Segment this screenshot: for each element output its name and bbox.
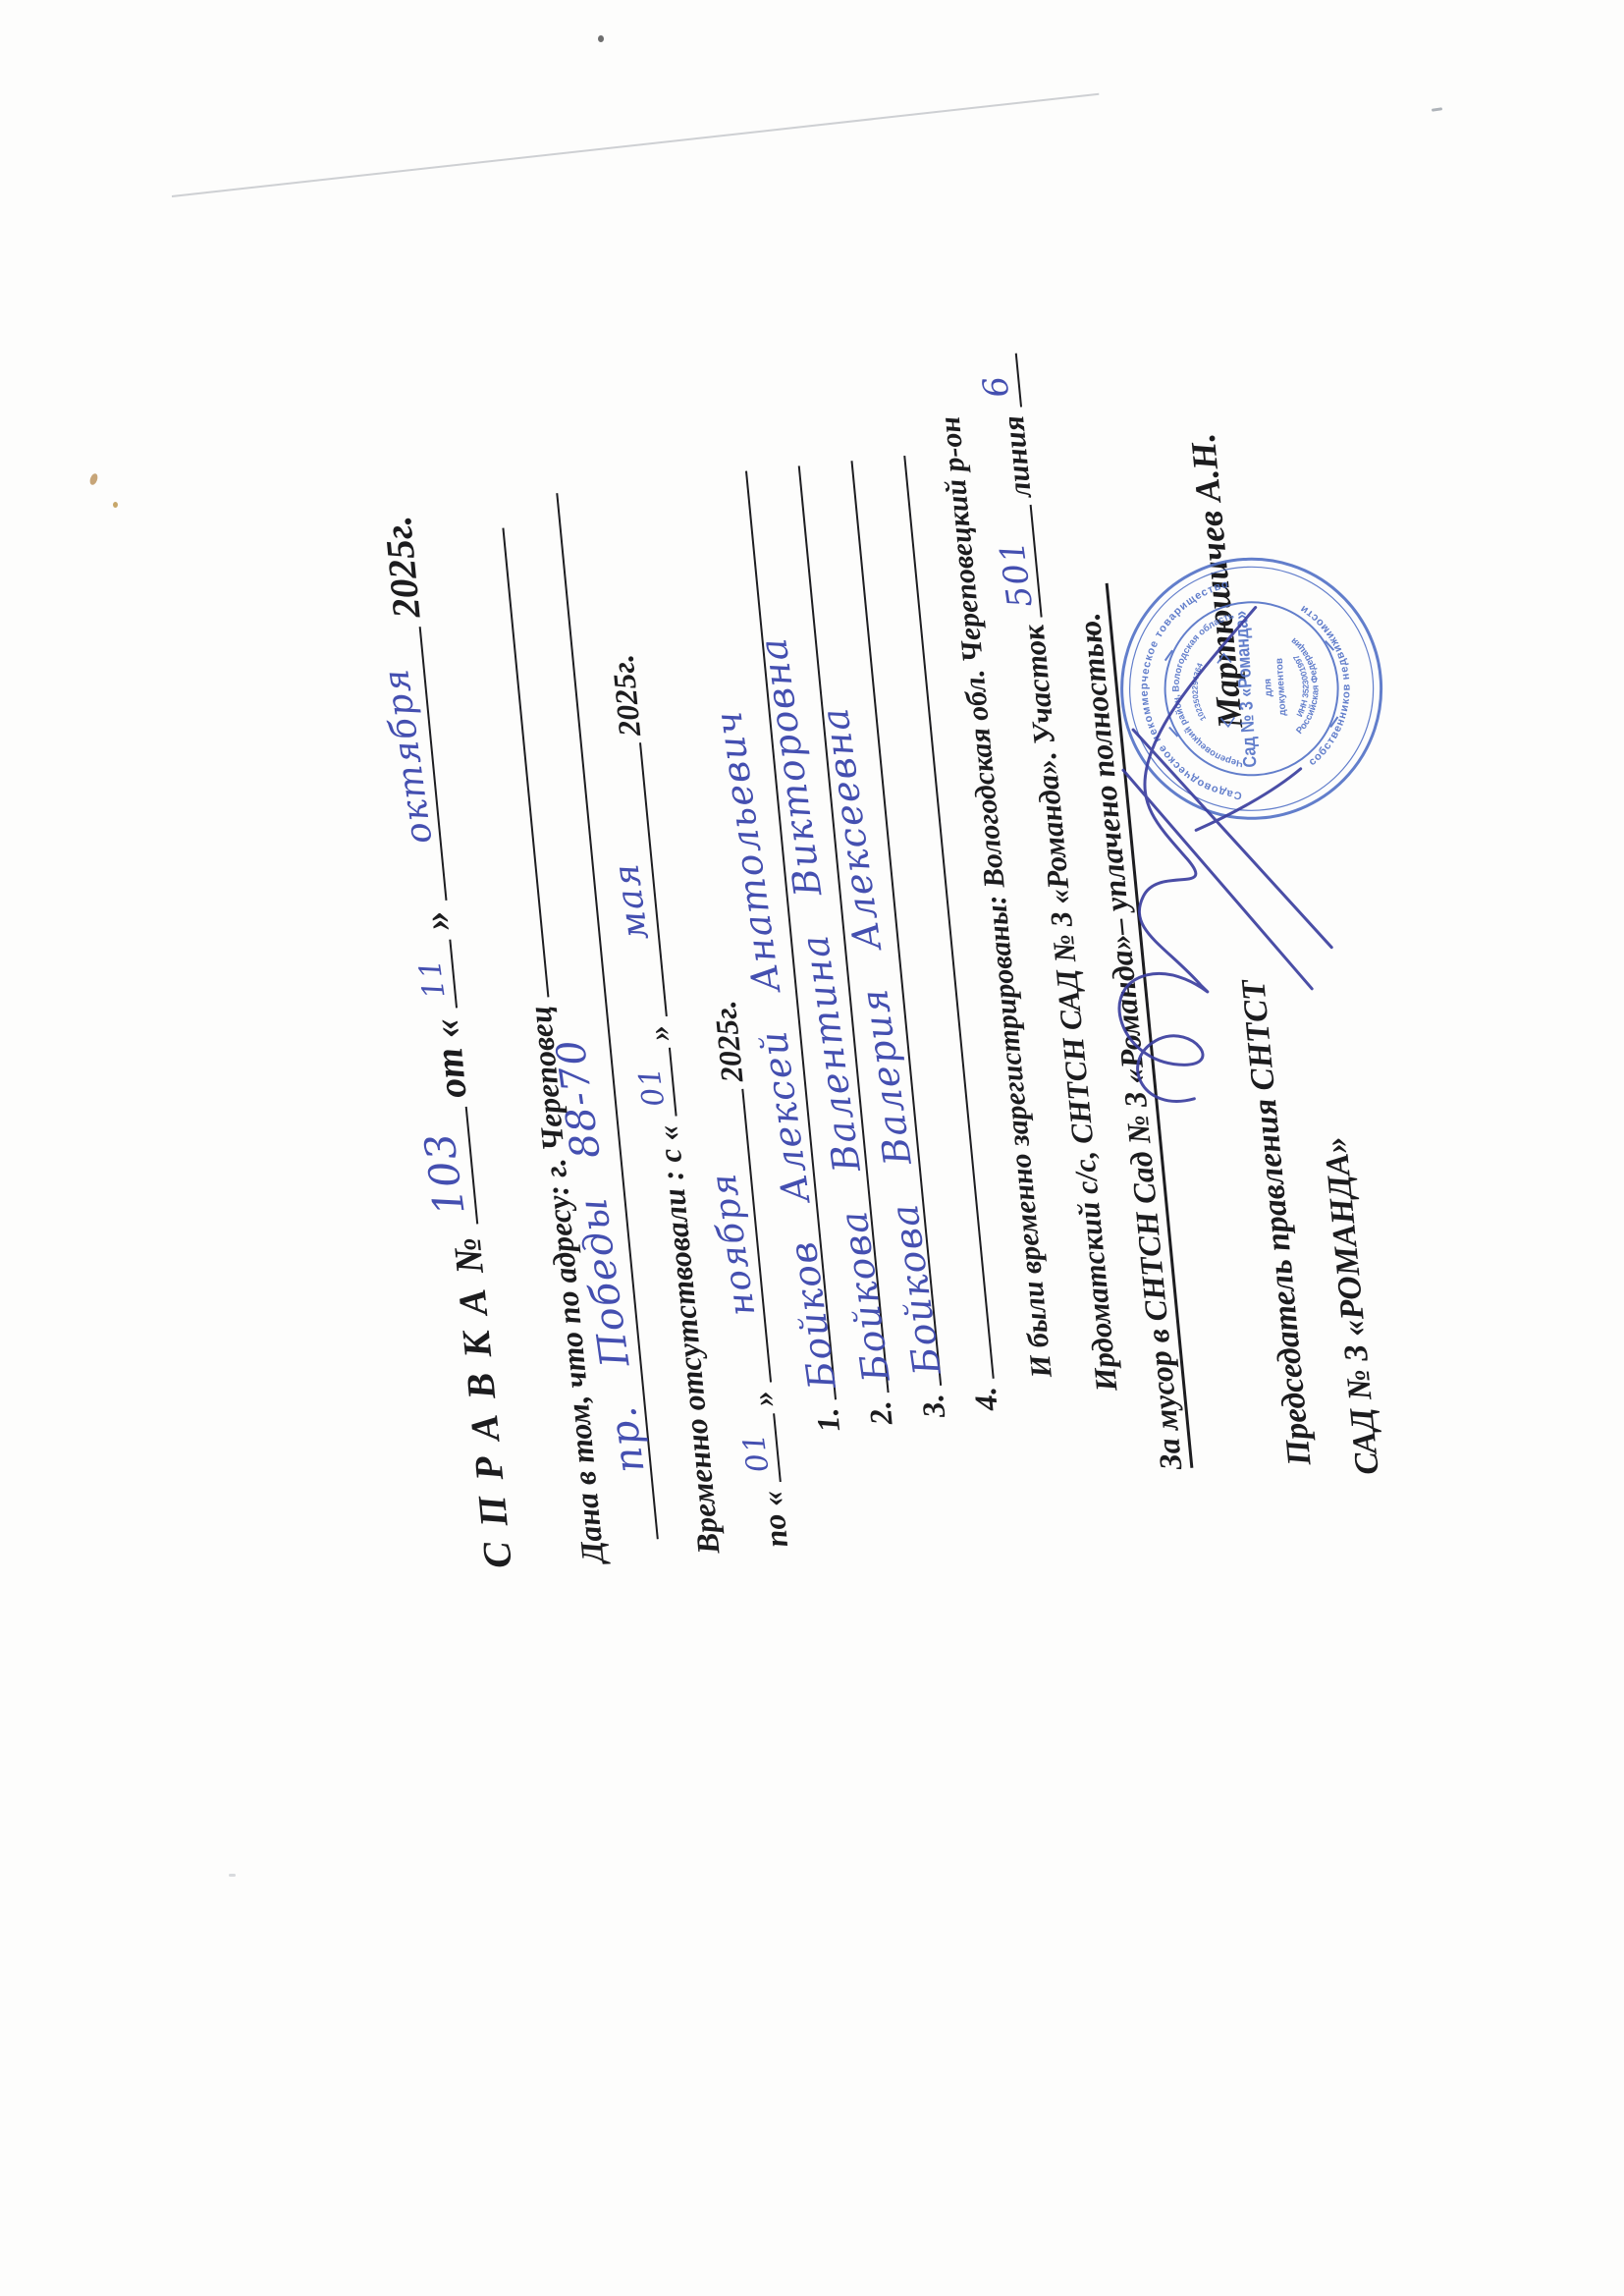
absence-to-quote-close: » [744,1390,781,1408]
person-number: 1. [809,1406,846,1433]
certificate-document: С П Р А В К А № 103 от « 11 » октября 20… [351,220,1604,1580]
dust-speck [598,35,604,42]
person-number: 3. [914,1393,951,1419]
handwritten-line-number: 6 [976,372,1017,400]
organization-name: САД № 3 «РОМАНДА» [1318,1135,1386,1476]
month-blank: октября [380,627,448,904]
absence-to-year: 2025г. [707,999,750,1083]
handwritten-absence-day: 01 [632,1065,672,1110]
line-label: линия [996,414,1038,500]
absence-to-day-blank: 01 [741,1413,782,1485]
handwritten-absence-to-month: ноября [703,1170,763,1318]
signature-stroke [1191,769,1305,830]
dust-speck [229,1874,236,1877]
certificate-number-blank: 103 [426,1107,478,1228]
date-from-label: от « [423,1016,475,1100]
day-blank: 11 [410,939,459,1011]
handwritten-day: 11 [413,956,453,1001]
absence-quote-close: » [640,1024,677,1043]
handwritten-absence-month: мая [606,860,657,944]
title-year: 2025г. [375,514,429,620]
handwritten-absence-to-day: 01 [737,1430,777,1475]
signature-stroke [1133,713,1331,964]
paper-edge-line [172,93,1099,197]
dust-speck [88,472,99,486]
person-number: 4. [967,1386,1004,1412]
absence-year: 2025г. [604,653,647,738]
line-number-blank: 6 [985,354,1022,410]
signature-loops [1082,608,1302,1107]
organization-line: САД № 3 «РОМАНДА» [1317,1135,1387,1477]
dust-speck [113,502,118,508]
dust-speck [1432,107,1442,112]
person-number: 2. [862,1399,899,1426]
quote-close: » [413,909,460,933]
certificate-title: С П Р А В К А № [444,1232,519,1570]
scanned-document-page: { "ink_color": "#444fb0", "stamp_color":… [0,0,1624,2296]
absence-to-month-blank: ноября [710,1089,772,1386]
handwritten-certificate-number: 103 [415,1129,474,1219]
handwritten-month: октября [375,665,440,847]
signature-stroke [1123,754,1312,1005]
absence-day-blank: 01 [637,1048,677,1120]
chairman-signature [1015,562,1371,1138]
absence-to-label: по « [754,1489,794,1549]
absence-month-blank: мая [608,743,668,1020]
